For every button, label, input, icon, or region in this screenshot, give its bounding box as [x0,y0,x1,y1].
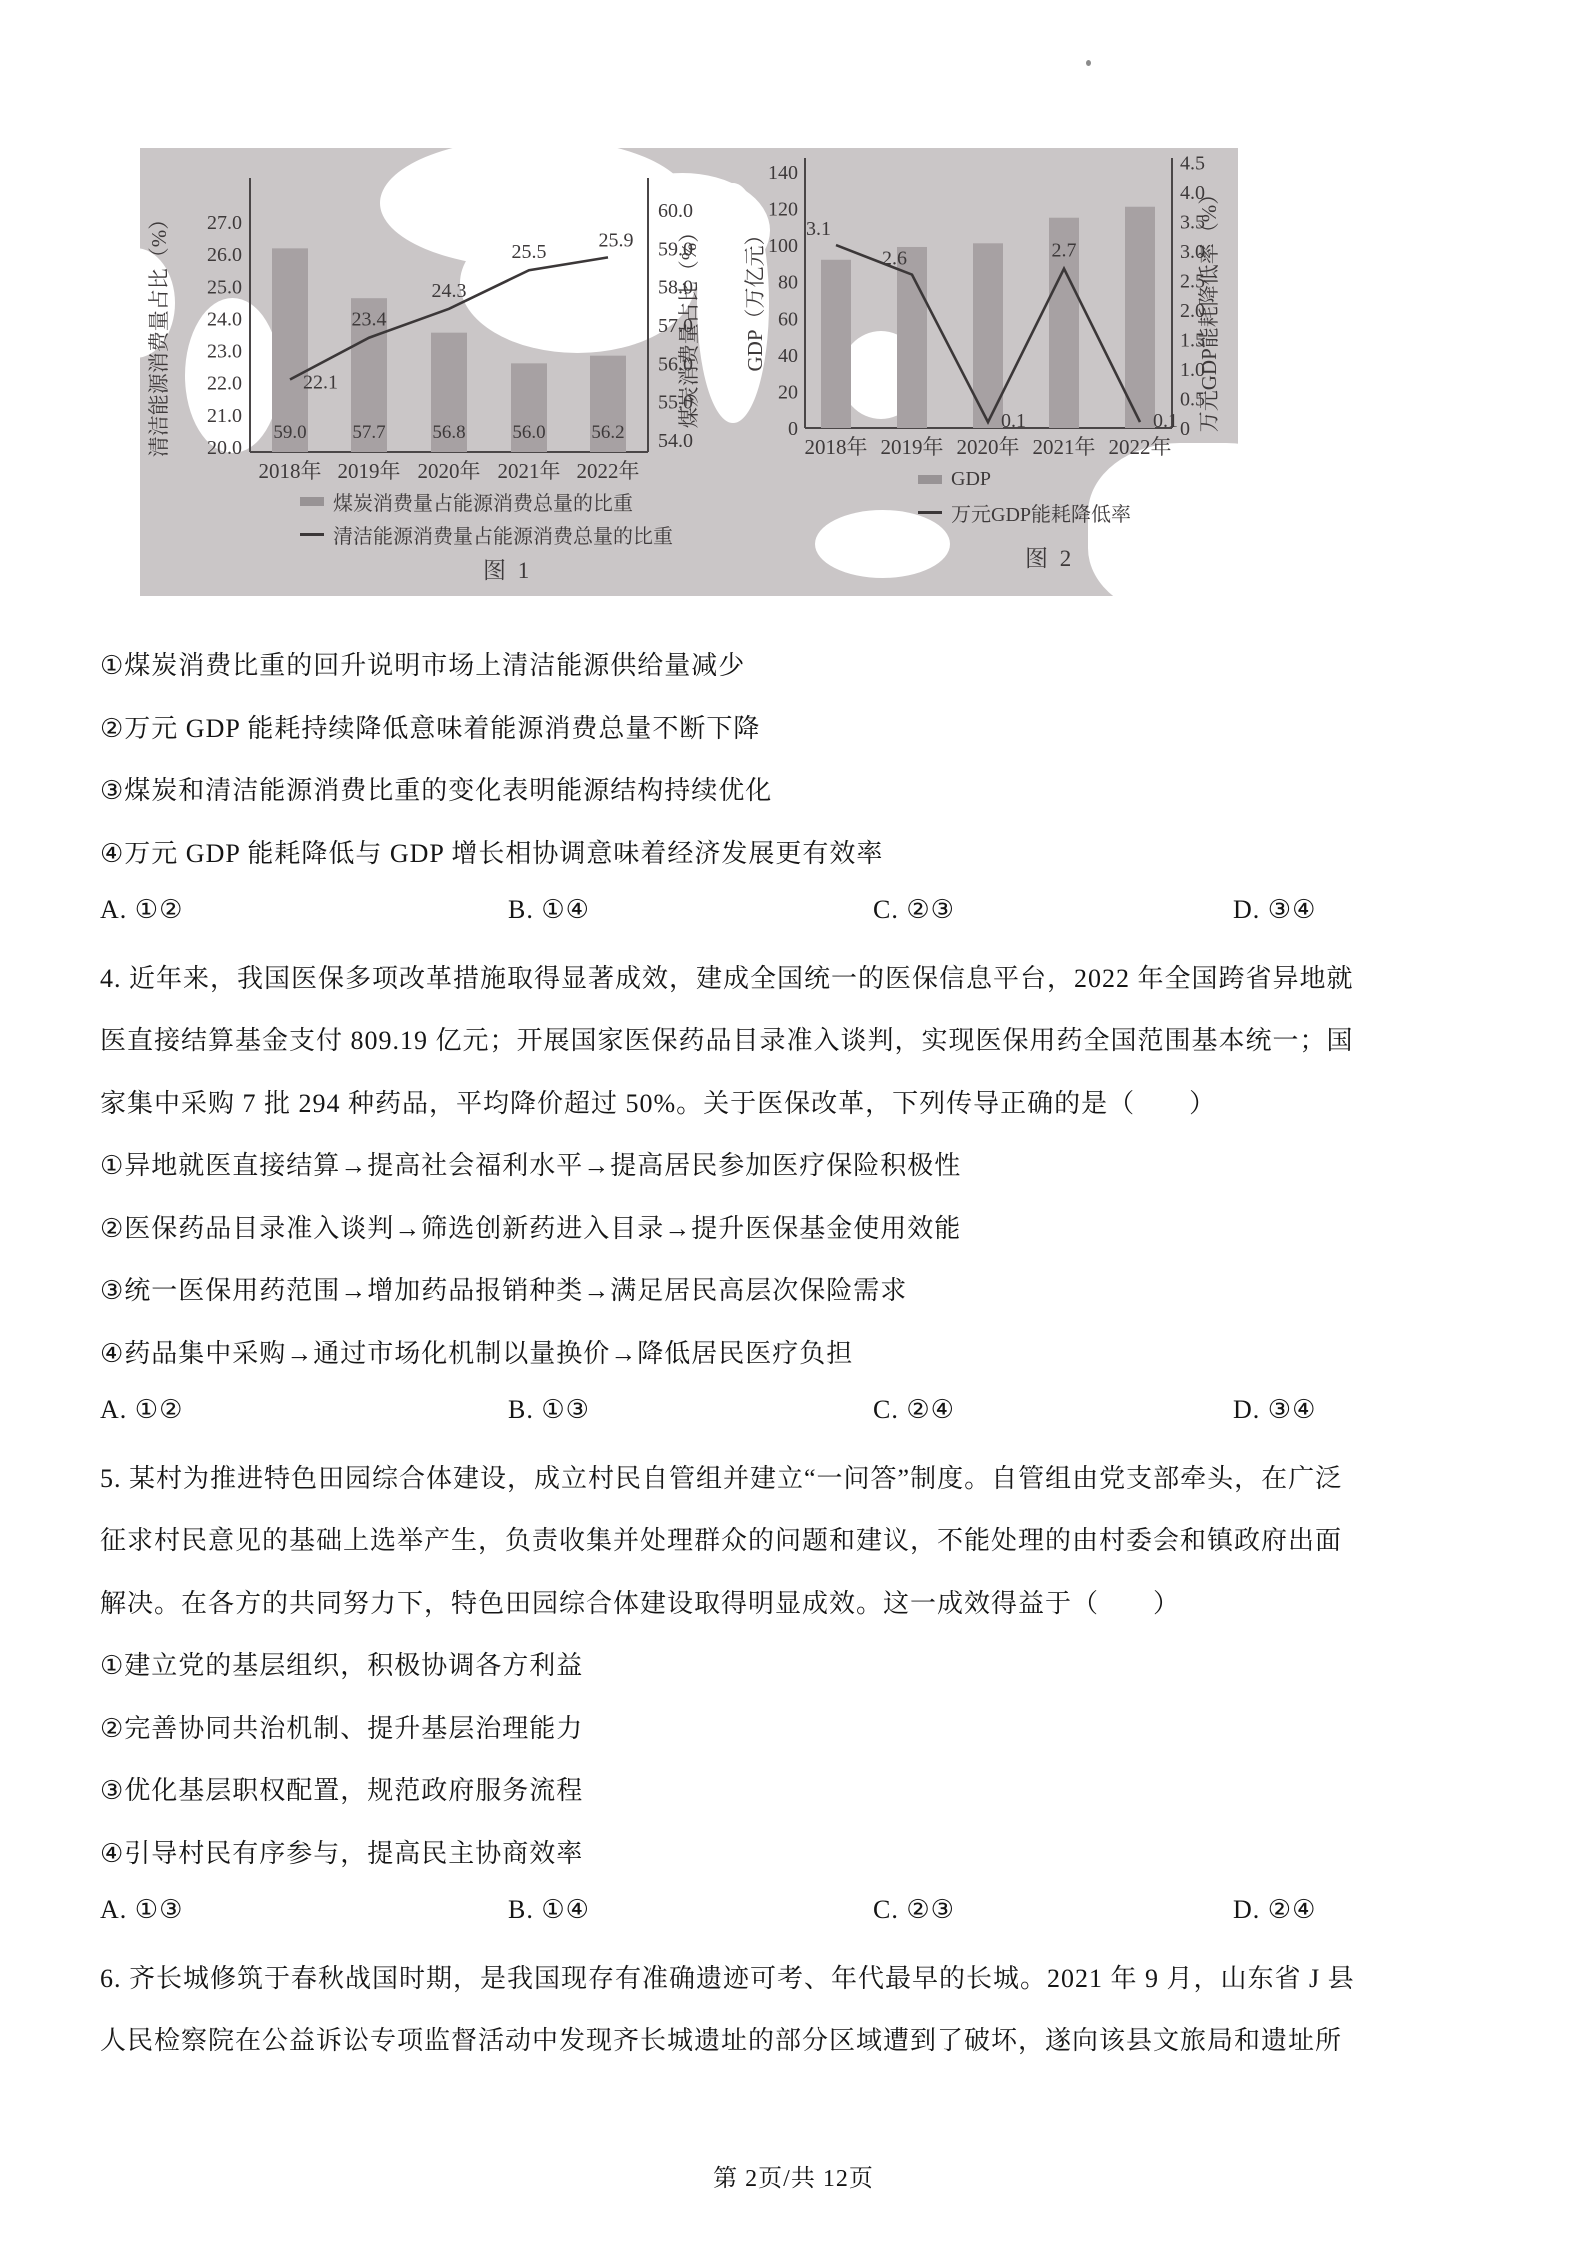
q4-statement-2: ②医保药品目录准入谈判→筛选创新药进入目录→提升医保基金使用效能 [100,1208,961,1245]
q6-line-1: 6. 齐长城修筑于春秋战国时期，是我国现存有准确遗迹可考、年代最早的长城。202… [100,1958,1355,1995]
option-c: C. ②③ [873,1895,955,1925]
option-a: A. ①③ [100,1895,183,1925]
option-c: C. ②④ [873,1395,955,1425]
q4-options: A. ①② B. ①③ C. ②④ D. ③④ [100,1395,1500,1435]
option-d: D. ③④ [1233,1395,1316,1425]
q3-statement-1: ①煤炭消费比重的回升说明市场上清洁能源供给量减少 [100,645,745,682]
option-b: B. ①③ [508,1395,590,1425]
q5-statement-3: ③优化基层职权配置，规范政府服务流程 [100,1770,583,1807]
q6-line-2: 人民检察院在公益诉讼专项监督活动中发现齐长城遗址的部分区域遭到了破坏，遂向该县文… [100,2020,1342,2057]
option-d: D. ③④ [1233,895,1316,925]
q3-statement-3: ③煤炭和清洁能源消费比重的变化表明能源结构持续优化 [100,770,772,807]
q5-statement-2: ②完善协同共治机制、提升基层治理能力 [100,1708,583,1745]
q5-options: A. ①③ B. ①④ C. ②③ D. ②④ [100,1895,1500,1935]
option-b: B. ①④ [508,1895,590,1925]
option-a: A. ①② [100,1395,183,1425]
exam-page: 20.021.022.023.024.025.026.027.054.055.0… [0,0,1587,2245]
q4-line-2: 医直接结算基金支付 809.19 亿元；开展国家医保药品目录准入谈判，实现医保用… [100,1020,1354,1057]
q4-line-3: 家集中采购 7 批 294 种药品，平均降价超过 50%。关于医保改革，下列传导… [100,1083,1216,1120]
q4-line-1: 4. 近年来，我国医保多项改革措施取得显著成效，建成全国统一的医保信息平台，20… [100,958,1354,995]
q3-statement-2: ②万元 GDP 能耗持续降低意味着能源消费总量不断下降 [100,708,760,745]
q5-statement-4: ④引导村民有序参与，提高民主协商效率 [100,1833,583,1870]
q4-statement-1: ①异地就医直接结算→提高社会福利水平→提高居民参加医疗保险积极性 [100,1145,961,1182]
q5-line-1: 5. 某村为推进特色田园综合体建设，成立村民自管组并建立“一问答”制度。自管组由… [100,1458,1342,1495]
q5-statement-1: ①建立党的基层组织，积极协调各方利益 [100,1645,583,1682]
q4-statement-4: ④药品集中采购→通过市场化机制以量换价→降低居民医疗负担 [100,1333,853,1370]
option-d: D. ②④ [1233,1895,1316,1925]
q3-options: A. ①② B. ①④ C. ②③ D. ③④ [100,895,1500,935]
q5-line-2: 征求村民意见的基础上选举产生，负责收集并处理群众的问题和建议，不能处理的由村委会… [100,1520,1342,1557]
question-text-area: ①煤炭消费比重的回升说明市场上清洁能源供给量减少 ②万元 GDP 能耗持续降低意… [100,0,1500,2245]
q3-statement-4: ④万元 GDP 能耗降低与 GDP 增长相协调意味着经济发展更有效率 [100,833,883,870]
q5-line-3: 解决。在各方的共同努力下，特色田园综合体建设取得明显成效。这一成效得益于（ ） [100,1583,1180,1620]
option-a: A. ①② [100,895,183,925]
page-footer: 第 2页/共 12页 [0,2158,1587,2193]
option-b: B. ①④ [508,895,590,925]
option-c: C. ②③ [873,895,955,925]
q4-statement-3: ③统一医保用药范围→增加药品报销种类→满足居民高层次保险需求 [100,1270,907,1307]
